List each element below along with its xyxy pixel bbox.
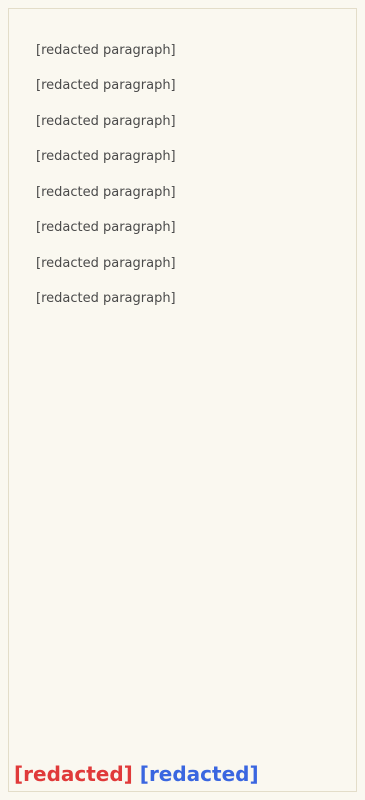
document-page: [redacted paragraph][redacted paragraph]… bbox=[0, 0, 365, 800]
paragraph: [redacted paragraph] bbox=[36, 182, 335, 203]
paragraph: [redacted paragraph] bbox=[36, 40, 335, 61]
watermark: [redacted] [redacted] bbox=[14, 762, 259, 786]
paragraph: [redacted paragraph] bbox=[36, 146, 335, 167]
paragraph: [redacted paragraph] bbox=[36, 75, 335, 96]
watermark-text: [redacted] bbox=[14, 762, 133, 786]
watermark-url: [redacted] bbox=[140, 762, 259, 786]
paragraph: [redacted paragraph] bbox=[36, 288, 335, 309]
paragraph: [redacted paragraph] bbox=[36, 253, 335, 274]
paragraph: [redacted paragraph] bbox=[36, 217, 335, 238]
text-content: [redacted paragraph][redacted paragraph]… bbox=[36, 40, 335, 324]
paragraph: [redacted paragraph] bbox=[36, 111, 335, 132]
